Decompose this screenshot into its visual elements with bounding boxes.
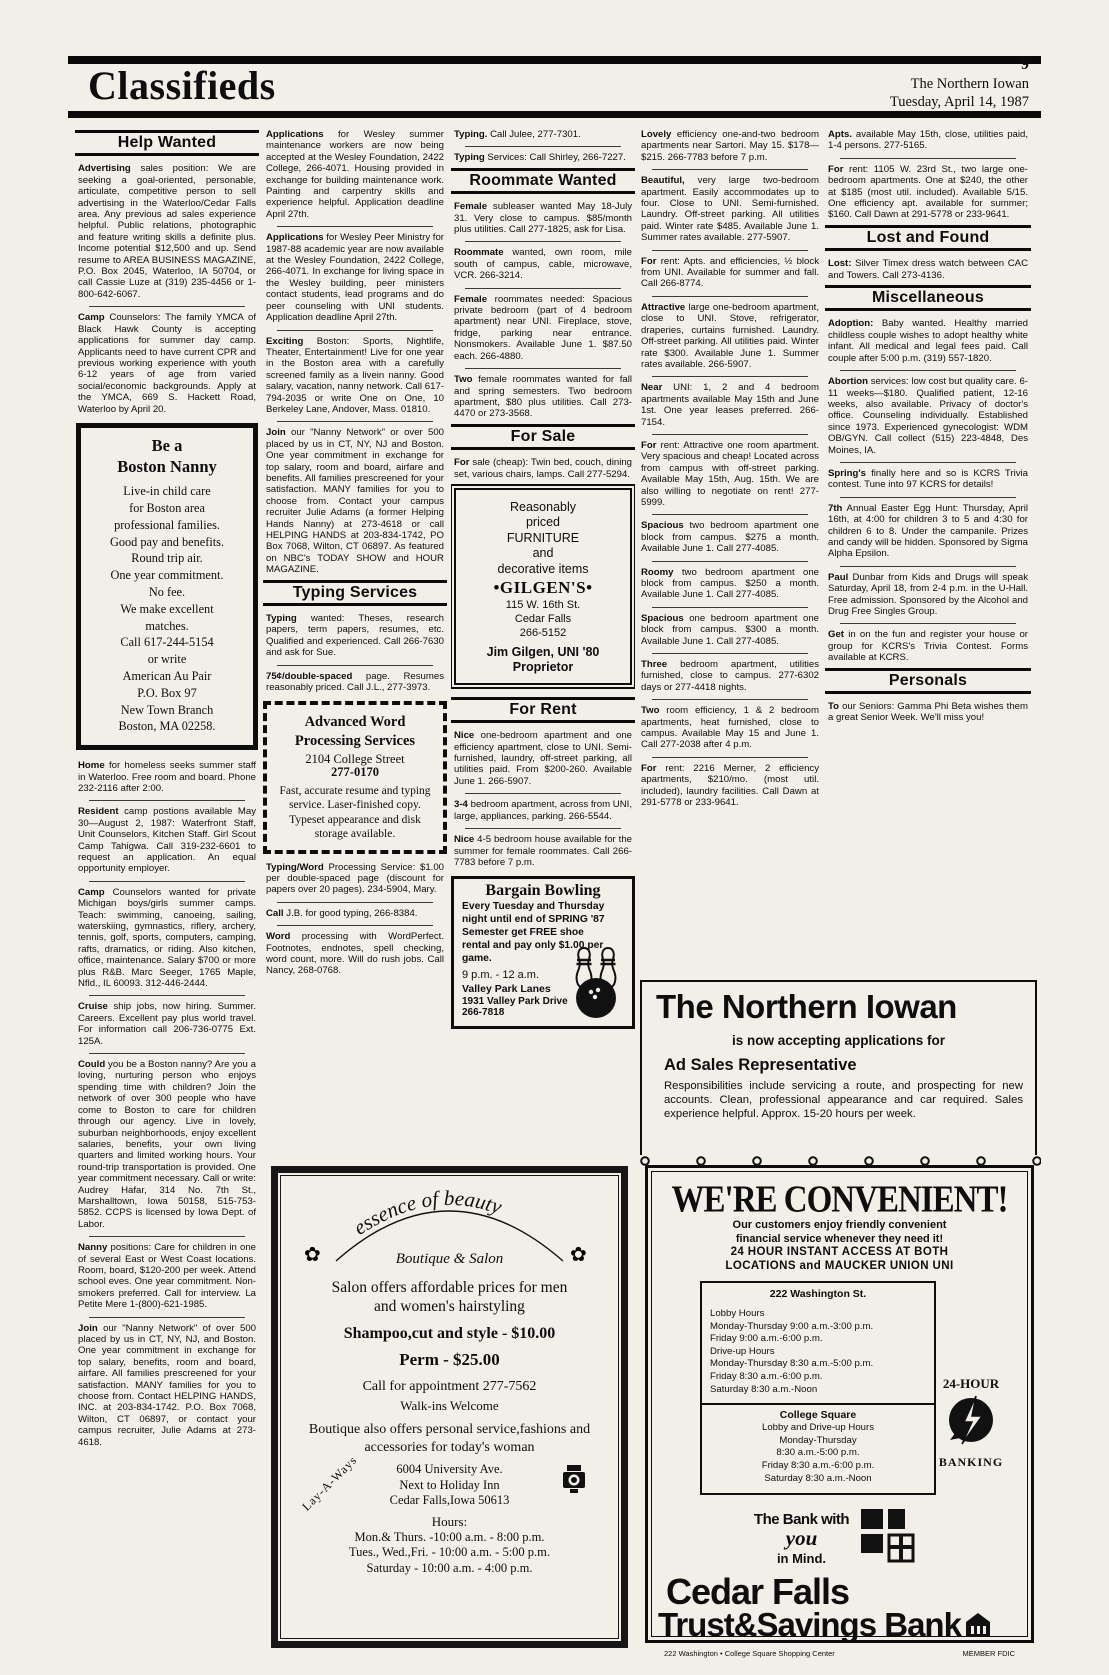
boxed-ad-title: Advanced Word Processing Services — [273, 713, 437, 749]
classified-ad: Typing/Word Processing Service: $1.00 pe… — [266, 862, 444, 903]
boxed-ad-title: Be a Boston Nanny — [85, 436, 249, 477]
boston-nanny-boxed-ad: Be a Boston Nanny Live-in child care for… — [76, 423, 258, 750]
section-header-help-wanted: Help Wanted — [75, 130, 259, 156]
classified-ad: Applications for Wesley summer maintenan… — [266, 129, 444, 227]
classified-ad: Female subleaser wanted May 18-July 31. … — [454, 201, 632, 242]
classified-ad: Paul Dunbar from Kids and Drugs will spe… — [828, 572, 1028, 625]
location-title: 222 Washington St. — [710, 1288, 926, 1300]
bank-tagline: The Bank with you in Mind. — [754, 1507, 849, 1566]
section-header-for-rent: For Rent — [451, 697, 635, 723]
section-header-miscellaneous: Miscellaneous — [825, 285, 1031, 311]
northern-iowan-recruitment-ad: The Northern Iowan is now accepting appl… — [640, 980, 1037, 1162]
rose-icon: ✿ — [304, 1244, 321, 1265]
location-title: College Square — [710, 1409, 926, 1421]
classified-ad: Advertising sales position: We are seeki… — [78, 163, 256, 307]
classified-ad: Typing. Call Julee, 277-7301. — [454, 129, 632, 147]
boxed-ad-body: Live-in child care for Boston area profe… — [85, 483, 249, 735]
classified-ad: To our Seniors: Gamma Phi Beta wishes th… — [828, 701, 1028, 724]
section-header-for-sale: For Sale — [451, 424, 635, 450]
classified-ad: 3-4 bedroom apartment, across from UNI, … — [454, 799, 632, 829]
bank-name: Cedar Falls Trust&Savings Bank — [658, 1575, 1021, 1641]
classified-ad: Call J.B. for good typing, 266-8384. — [266, 908, 444, 926]
section-header-personals: Personals — [825, 668, 1031, 694]
classified-ad: For sale (cheap): Twin bed, couch, dinin… — [454, 457, 632, 480]
store-address: 115 W. 16th St. Cedar Falls 266-5152 — [458, 598, 628, 640]
member-fdic-label: MEMBER FDIC — [963, 1649, 1016, 1658]
classified-ad: For rent: 2216 Merner, 2 efficiency apar… — [641, 763, 819, 809]
classified-ad: Lost: Silver Timex dress watch between C… — [828, 258, 1028, 281]
classified-ad: Apts. available May 15th, close, utiliti… — [828, 129, 1028, 159]
classified-ad: Adoption: Baby wanted. Healthy married c… — [828, 318, 1028, 371]
column-5: Apts. available May 15th, close, utiliti… — [825, 126, 1031, 974]
classified-ad: Typing Services: Call Shirley, 266-7227. — [454, 152, 632, 163]
classified-ad: Could you be a Boston nanny? Are you a l… — [78, 1059, 256, 1237]
bank-ad-title: WE'RE CONVENIENT! — [658, 1179, 1021, 1222]
classified-ad: Typing wanted: Theses, research papers, … — [266, 613, 444, 666]
classified-ad: Exciting Boston: Sports, Nightlife, Thea… — [266, 336, 444, 423]
column-4: Lovely efficiency one-and-two bedroom ap… — [638, 126, 822, 974]
classified-ad: Cruise ship jobs, now hiring. Summer. Ca… — [78, 1001, 256, 1054]
salon-hours: Mon.& Thurs. -10:00 a.m. - 8:00 p.m. Tue… — [278, 1530, 621, 1577]
bargain-bowling-boxed-ad: Bargain Bowling Every Tuesday and Thursd… — [451, 876, 635, 1029]
bank-ad-subline: 24 HOUR INSTANT ACCESS AT BOTH — [658, 1246, 1021, 1260]
rose-icon: ✿ — [570, 1244, 587, 1265]
bank-hours-box: 222 Washington St. Lobby Hours Monday-Th… — [700, 1281, 936, 1495]
bank-fine-print: 222 Washington • College Square Shopping… — [658, 1649, 1021, 1658]
bowling-pins-icon — [564, 946, 628, 1020]
boxed-ad-address: 2104 College Street — [273, 754, 437, 765]
bank-ad-subline: LOCATIONS and MAUCKER UNION UNI — [658, 1260, 1021, 1274]
salon-appointment-line: Call for appointment 277-7562 — [278, 1379, 621, 1395]
ad-masthead-title: The Northern Iowan — [642, 988, 1035, 1026]
classified-ad: Camp Counselors wanted for private Michi… — [78, 887, 256, 997]
salon-boutique-line: Boutique also offers personal service,fa… — [278, 1421, 621, 1456]
classified-ad: Applications for Wesley Peer Ministry fo… — [266, 232, 444, 330]
newspaper-page: Classifieds 9 The Northern Iowan Tuesday… — [0, 0, 1109, 1675]
classified-ad: For rent: Attractive one room apartment.… — [641, 440, 819, 515]
classified-ad: Near UNI: 1, 2 and 4 bedroom apartments … — [641, 382, 819, 435]
salon-address-row: Lay-A-Ways 6004 University Ave. Next to … — [278, 1462, 621, 1509]
classified-ad: Nice 4-5 bedroom house available for the… — [454, 834, 632, 868]
proprietor: Jim Gilgen, UNI '80 Proprietor — [458, 645, 628, 675]
salon-price-perm: Perm - $25.00 — [278, 1350, 621, 1370]
classified-ad: Two female roommates wanted for fall and… — [454, 374, 632, 420]
tagline-line2: you — [754, 1526, 849, 1551]
bank-logo-icon — [859, 1507, 925, 1573]
page-number: 9 — [890, 55, 1029, 75]
ad-subtitle: is now accepting applications for — [642, 1033, 1035, 1048]
bank-locations-fineprint: 222 Washington • College Square Shopping… — [664, 1649, 835, 1658]
bank-building-icon — [965, 1612, 991, 1638]
classified-ad: Lovely efficiency one-and-two bedroom ap… — [641, 129, 819, 170]
section-header-typing-services: Typing Services — [263, 580, 447, 606]
badge-top-label: 24-HOUR — [929, 1376, 1013, 1392]
classified-ad: Abortion services: low cost but quality … — [828, 376, 1028, 463]
camera-icon — [561, 1464, 587, 1494]
boxed-ad-body: Fast, accurate resume and typing service… — [273, 784, 437, 842]
tagline-line3: in Mind. — [754, 1551, 849, 1566]
classified-ad: Get in on the fun and register your hous… — [828, 629, 1028, 663]
ad-position-title: Ad Sales Representative — [642, 1056, 1035, 1075]
advanced-word-processing-boxed-ad: Advanced Word Processing Services 2104 C… — [263, 701, 447, 853]
classified-ad: For rent: 1105 W. 23rd St., two large on… — [828, 164, 1028, 221]
bank-name-line2: Trust&Savings Bank — [658, 1609, 961, 1640]
publication-name: The Northern Iowan — [890, 75, 1029, 93]
classified-ad: Beautiful, very large two-bedroom apartm… — [641, 175, 819, 250]
gilgens-boxed-ad: Reasonably priced FURNITURE and decorati… — [454, 488, 632, 685]
bank-ad-subline: financial service whenever they need it! — [658, 1233, 1021, 1247]
location-hours: Lobby Hours Monday-Thursday 9:00 a.m.-3:… — [710, 1308, 926, 1396]
classified-ad: Join our "Nanny Network" of over 500 pla… — [78, 1323, 256, 1448]
salon-logo: essence of beauty ✿ ✿ — [278, 1179, 621, 1265]
classified-ad: Two room efficiency, 1 & 2 bedroom apart… — [641, 705, 819, 758]
section-header-lost-and-found: Lost and Found — [825, 225, 1031, 251]
essence-of-beauty-salon-ad: essence of beauty ✿ ✿ Boutique & Salon S… — [271, 1166, 628, 1648]
masthead-right: 9 The Northern Iowan Tuesday, April 14, … — [890, 55, 1029, 111]
classified-ad: Three bedroom apartment, utilities furni… — [641, 659, 819, 700]
column-2: Applications for Wesley summer maintenan… — [263, 126, 447, 1160]
classified-ad: 75¢/double-spaced page. Resumes reasonab… — [266, 671, 444, 694]
salon-hours-title: Hours: — [278, 1514, 621, 1530]
classified-ad: Resident camp postions available May 30—… — [78, 806, 256, 881]
classified-ad: Word processing with WordPerfect. Footno… — [266, 931, 444, 977]
location-washington: 222 Washington St. Lobby Hours Monday-Th… — [702, 1283, 934, 1405]
badge-bottom-label: BANKING — [929, 1455, 1013, 1470]
24-hour-banking-badge: 24-HOUR BANKING — [929, 1376, 1013, 1470]
classified-ad: 7th Annual Easter Egg Hunt: Thursday, Ap… — [828, 503, 1028, 567]
classified-ad: For rent: Apts. and efficiencies, ½ bloc… — [641, 256, 819, 297]
publication-date: Tuesday, April 14, 1987 — [890, 93, 1029, 111]
classified-ad: Spacious two bedroom apartment one block… — [641, 520, 819, 561]
classified-ad: Join our "Nanny Network" or over 500 pla… — [266, 427, 444, 575]
location-college-square: College Square Lobby and Drive-up Hours … — [702, 1405, 934, 1493]
classified-ad: Spring's finally here and so is KCRS Tri… — [828, 468, 1028, 498]
classified-ad: Spacious one bedroom apartment one block… — [641, 613, 819, 654]
classified-ad: Roommate wanted, own room, mile south of… — [454, 247, 632, 288]
classified-ad: Camp Counselors: The family YMCA of Blac… — [78, 312, 256, 415]
bank-tagline-row: The Bank with you in Mind. — [658, 1507, 1021, 1573]
masthead-bottom-rule — [68, 111, 1041, 118]
salon-offer-line: Salon offers affordable prices for men a… — [278, 1278, 621, 1316]
classified-ad: Female roommates needed: Spacious privat… — [454, 294, 632, 369]
boxed-ad-title: Bargain Bowling — [462, 885, 624, 896]
classified-ad: Nice one-bedroom apartment and one effic… — [454, 730, 632, 794]
essence-of-beauty-arc-logo: essence of beauty ✿ ✿ — [278, 1179, 621, 1265]
column-3: Typing. Call Julee, 277-7301. Typing Ser… — [451, 126, 635, 1160]
bank-name-line1: Cedar Falls — [658, 1575, 1021, 1609]
location-hours: Lobby and Drive-up Hours Monday-Thursday… — [710, 1422, 926, 1485]
section-header-roommate-wanted: Roommate Wanted — [451, 168, 635, 194]
salon-price-shampoo: Shampoo,cut and style - $10.00 — [278, 1325, 621, 1343]
classified-ad: Roomy two bedroom apartment one block fr… — [641, 567, 819, 608]
lightning-bolt-icon — [942, 1392, 1000, 1448]
classified-ad: Attractive large one-bedroom apartment, … — [641, 302, 819, 377]
classified-ad: Nanny positions: Care for children in on… — [78, 1242, 256, 1317]
boxed-ad-lead: Reasonably priced FURNITURE and decorati… — [458, 500, 628, 578]
ad-body: Responsibilities include servicing a rou… — [642, 1075, 1035, 1121]
boxed-ad-phone: 277-0170 — [273, 767, 437, 778]
classified-ad: Home for homeless seeks summer staff in … — [78, 760, 256, 801]
svg-text:✿: ✿ — [304, 1244, 321, 1265]
svg-text:✿: ✿ — [570, 1244, 587, 1265]
page-title: Classifieds — [88, 62, 276, 109]
column-1: Help Wanted Advertising sales position: … — [75, 126, 259, 1578]
store-name: •GILGEN'S• — [458, 582, 628, 593]
salon-walkins-line: Walk-ins Welcome — [278, 1398, 621, 1414]
cedar-falls-bank-ad: WE'RE CONVENIENT! Our customers enjoy fr… — [645, 1165, 1034, 1643]
